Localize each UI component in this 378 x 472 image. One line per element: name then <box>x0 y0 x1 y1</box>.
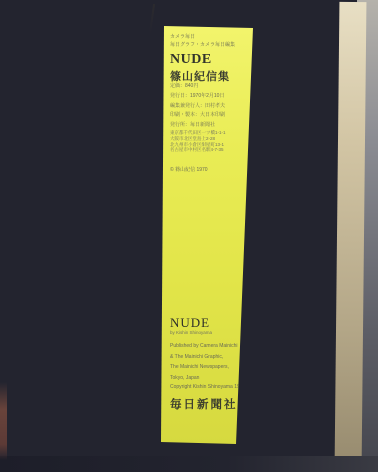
publisher-line-en-1: Published by Camera Mainichi <box>170 343 238 349</box>
imprint-line-1: カメラ毎日 <box>170 34 195 40</box>
colophon-line-editor: 編集兼発行人：田村孝夫 <box>170 103 225 109</box>
colophon-line-date: 発行日：1970年2月10日 <box>170 93 224 99</box>
publisher-jp: 毎日新聞社 <box>170 396 238 412</box>
book-cover-bottom <box>0 456 378 472</box>
colophon-line-publisher: 発行所：毎日新聞社 <box>170 122 215 128</box>
cover-spine-sliver <box>0 382 7 460</box>
imprint-line-2: 毎日グラフ・カメラ毎日編集 <box>170 42 235 48</box>
copyright-en: Copyright Kishin Shinoyama 1970 <box>170 384 245 390</box>
copyright-jp: © 篠山紀信 1970 <box>170 167 208 173</box>
book-subtitle-jp: 篠山紀信集 <box>170 68 230 84</box>
address-line-tokyo: 東京都千代田区一ツ橋1-1-1 <box>170 130 226 136</box>
publisher-line-en-2: & The Mainichi Graphic, <box>170 354 223 360</box>
address-line-nagoya: 名古屋市中村区名駅4-7-35 <box>170 147 224 153</box>
price-line: 定価：840円 <box>170 83 198 89</box>
colophon-line-printing: 印刷・製本：大日本印刷 <box>170 112 225 118</box>
photo-of-book-colophon: カメラ毎日 毎日グラフ・カメラ毎日編集 NUDE 篠山紀信集 定価：840円 発… <box>0 0 378 472</box>
publisher-line-en-3: The Mainichi Newspapers, <box>170 364 229 370</box>
book-title-jp: NUDE <box>170 52 212 68</box>
publisher-line-en-4: Tokyo, Japan <box>170 375 199 381</box>
byline-en: by Kishin Shinoyama <box>170 330 212 336</box>
book-title-en: NUDE <box>170 315 210 331</box>
